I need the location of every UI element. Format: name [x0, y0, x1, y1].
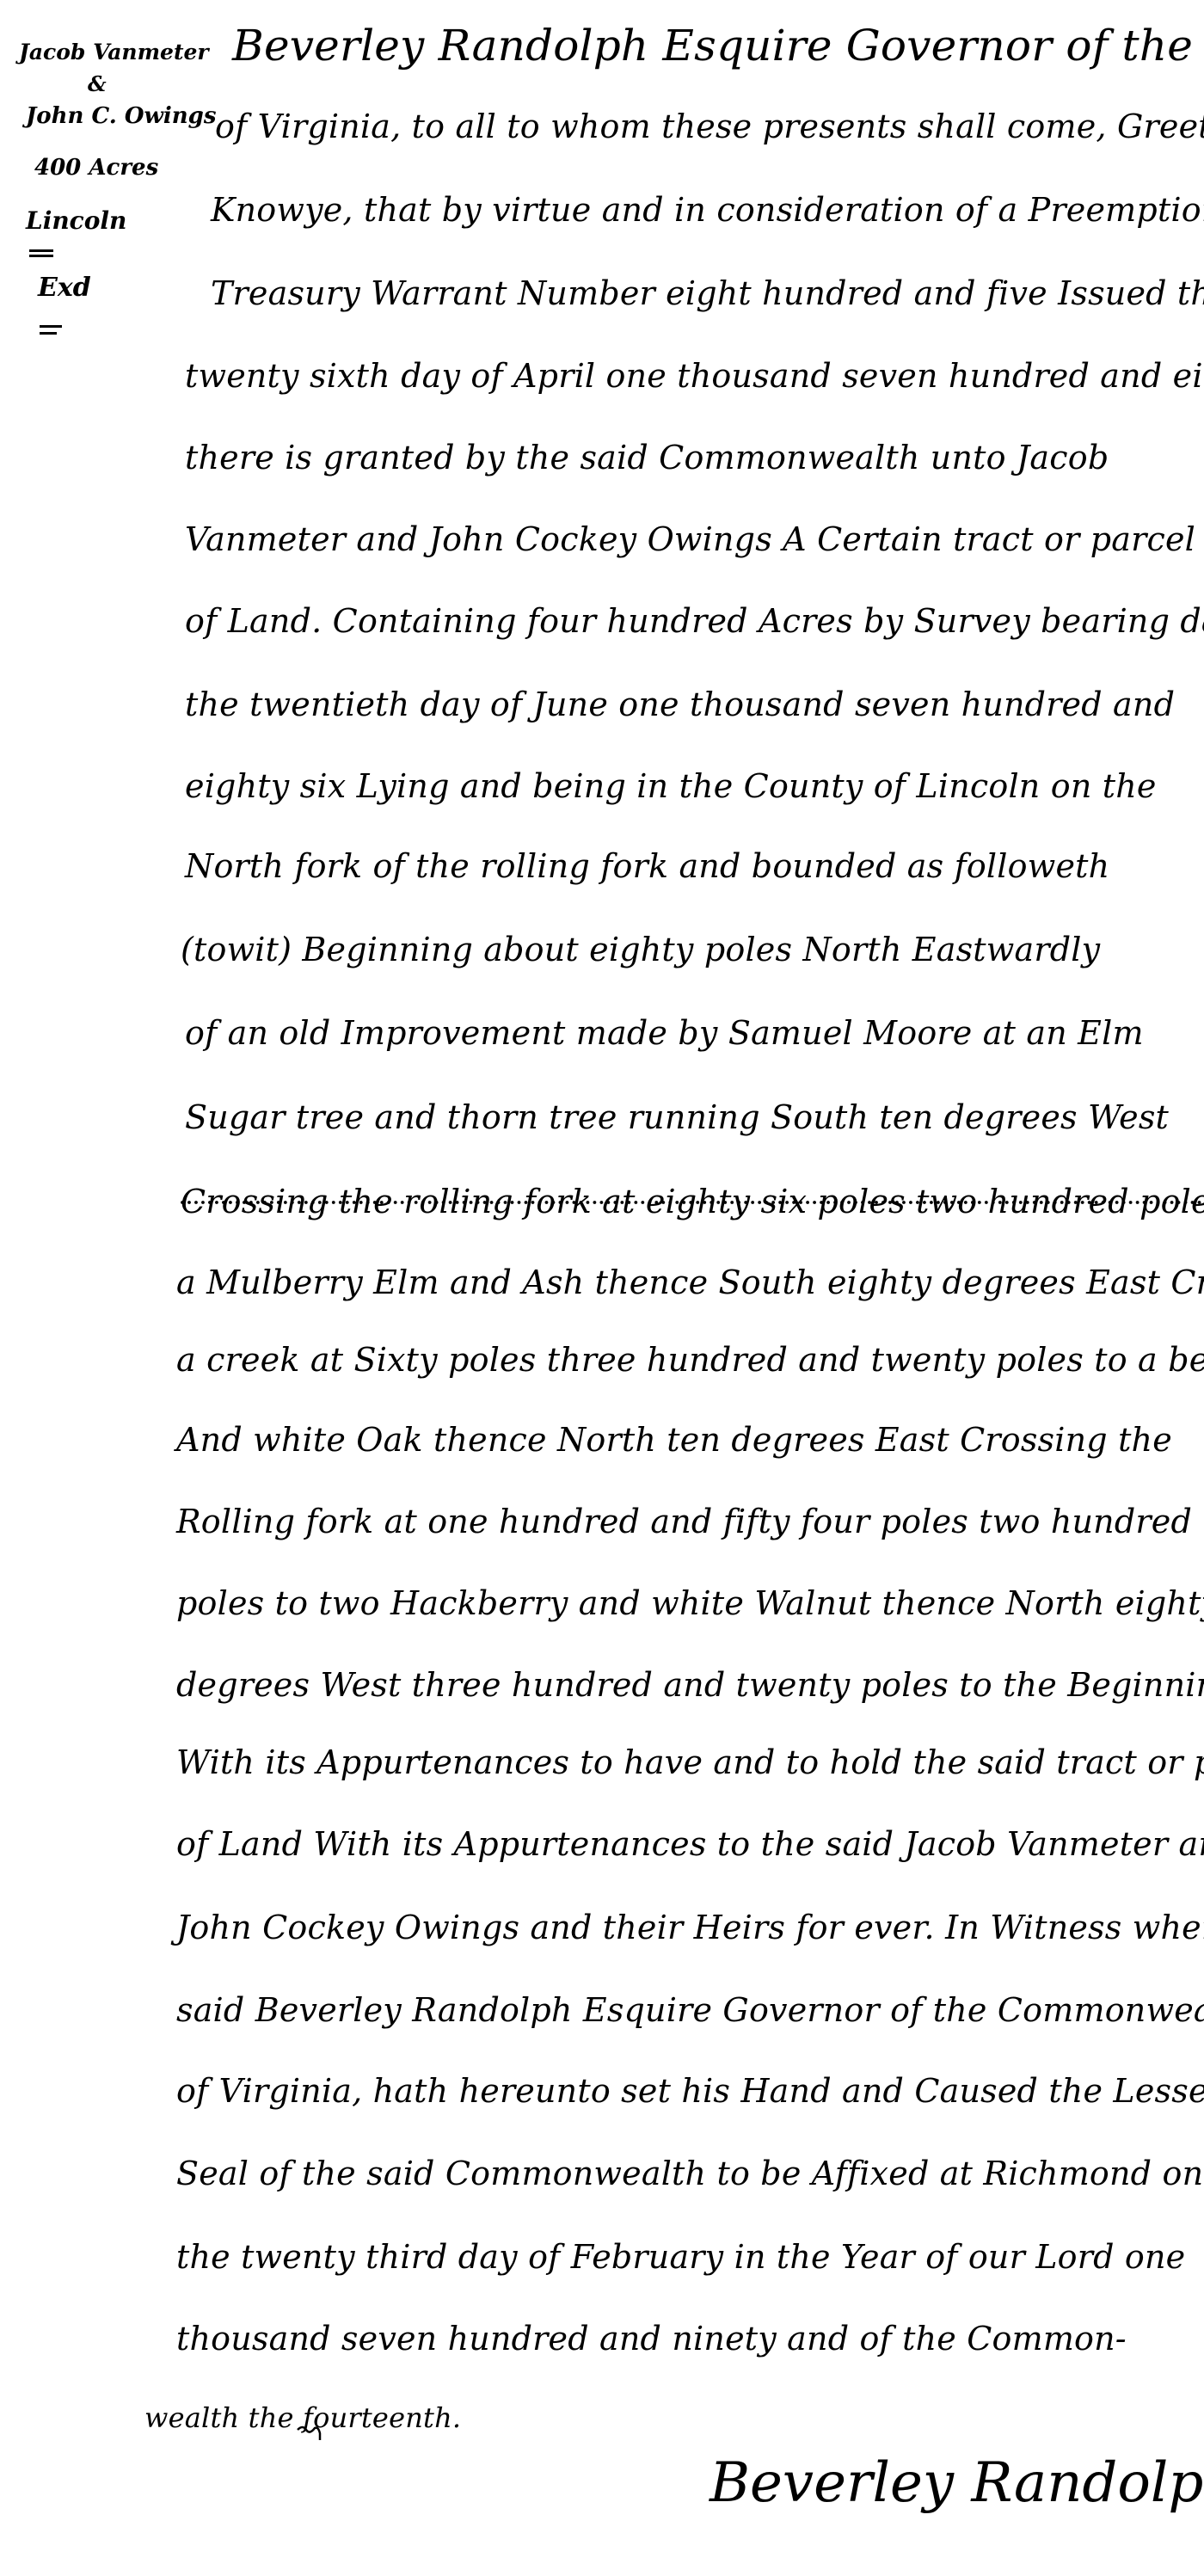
grant-line-22: With its Appurtenances to have and to ho… — [176, 1746, 1191, 1779]
grant-line-12: (towit) Beginning about eighty poles Nor… — [181, 933, 1195, 966]
line-text: a Mulberry Elm and Ash thence South eigh… — [176, 1263, 1204, 1301]
line-text: Sugar tree and thorn tree running South … — [185, 1098, 1169, 1136]
grant-line-29: thousand seven hundred and ninety and of… — [176, 2322, 1191, 2355]
grant-line-8: of Land. Containing four hundred Acres b… — [185, 605, 1200, 637]
line-text: John Cockey Owings and their Heirs for e… — [176, 1909, 1204, 1946]
grant-line-20: poles to two Hackberry and white Walnut … — [176, 1587, 1191, 1620]
line-text: With its Appurtenances to have and to ho… — [176, 1743, 1204, 1781]
grant-line-19: Rolling fork at one hundred and fifty fo… — [176, 1505, 1191, 1538]
grant-line-24: John Cockey Owings and their Heirs for e… — [176, 1911, 1191, 1944]
line-text: a creek at Sixty poles three hundred and… — [176, 1341, 1204, 1379]
line-text: Treasury Warrant Number eight hundred an… — [211, 274, 1204, 312]
line-text: thousand seven hundred and ninety and of… — [176, 2320, 1127, 2358]
grant-line-10: eighty six Lying and being in the County… — [185, 770, 1200, 802]
grant-line-1: Beverley Randolph Esquire Governor of th… — [232, 24, 1204, 67]
line-text: North fork of the rolling fork and bound… — [185, 847, 1109, 885]
grant-line-25: said Beverley Randolph Esquire Governor … — [176, 1994, 1191, 2026]
line-text: there is granted by the said Commonwealt… — [185, 439, 1109, 476]
line-text: Vanmeter and John Cockey Owings A Certai… — [185, 520, 1195, 558]
grant-line-4: Treasury Warrant Number eight hundred an… — [211, 277, 1204, 310]
closing-flourish-icon — [294, 2413, 325, 2444]
grant-line-17: a creek at Sixty poles three hundred and… — [176, 1343, 1191, 1376]
line-text: Seal of the said Commonwealth to be Affi… — [176, 2155, 1203, 2192]
line-text: the twenty third day of February in the … — [176, 2238, 1185, 2276]
grant-line-11: North fork of the rolling fork and bound… — [185, 850, 1200, 882]
grant-line-3: Knowye, that by virtue and in considerat… — [211, 194, 1204, 226]
grant-line-16: a Mulberry Elm and Ash thence South eigh… — [176, 1266, 1191, 1299]
grant-line-27: Seal of the said Commonwealth to be Affi… — [176, 2157, 1191, 2190]
grant-line-5: twenty sixth day of April one thousand s… — [185, 360, 1200, 392]
grant-line-2: of Virginia, to all to whom these presen… — [215, 110, 1204, 143]
line-text: (towit) Beginning about eighty poles Nor… — [181, 931, 1100, 968]
grant-line-23: of Land With its Appurtenances to the sa… — [176, 1828, 1191, 1860]
line-text-struck: Crossing the rolling fork at eighty six … — [181, 1183, 1204, 1220]
line-text: Beverley Randolph Esquire Governor of th… — [232, 21, 1204, 71]
grant-line-26: of Virginia, hath hereunto set his Hand … — [176, 2075, 1191, 2107]
grant-line-15: Crossing the rolling fork at eighty six … — [181, 1185, 1195, 1218]
grant-line-18: And white Oak thence North ten degrees E… — [176, 1423, 1191, 1456]
grant-body: Beverley Randolph Esquire Governor of th… — [0, 0, 1204, 2576]
line-text: of Land With its Appurtenances to the sa… — [176, 1825, 1204, 1863]
grant-line-6: there is granted by the said Commonwealt… — [185, 441, 1200, 474]
grant-line-21: degrees West three hundred and twenty po… — [176, 1669, 1191, 1701]
line-text: twenty sixth day of April one thousand s… — [185, 357, 1204, 395]
grant-line-9: the twentieth day of June one thousand s… — [185, 688, 1200, 721]
line-text: And white Oak thence North ten degrees E… — [176, 1421, 1172, 1459]
grant-line-28: the twenty third day of February in the … — [176, 2241, 1191, 2273]
line-text: of Land. Containing four hundred Acres b… — [185, 602, 1204, 640]
line-text: poles to two Hackberry and white Walnut … — [176, 1584, 1204, 1622]
governor-signature: Beverley Randolph — [709, 2456, 1204, 2511]
line-text: of an old Improvement made by Samuel Moo… — [185, 1014, 1144, 1052]
line-text: Rolling fork at one hundred and fifty fo… — [176, 1503, 1192, 1540]
line-text: of Virginia, to all to whom these presen… — [215, 108, 1204, 145]
line-text: degrees West three hundred and twenty po… — [176, 1666, 1204, 1704]
line-text: said Beverley Randolph Esquire Governor … — [176, 1991, 1204, 2029]
grant-line-13: of an old Improvement made by Samuel Moo… — [185, 1017, 1200, 1049]
land-grant-page: Jacob Vanmeter & John C. Owings 400 Acre… — [0, 0, 1204, 2576]
line-text: of Virginia, hath hereunto set his Hand … — [176, 2072, 1204, 2110]
line-text: the twentieth day of June one thousand s… — [185, 685, 1175, 723]
grant-line-7: Vanmeter and John Cockey Owings A Certai… — [185, 523, 1200, 556]
line-text: Knowye, that by virtue and in considerat… — [211, 191, 1204, 229]
grant-line-14: Sugar tree and thorn tree running South … — [185, 1101, 1200, 1134]
line-text: eighty six Lying and being in the County… — [185, 767, 1157, 805]
